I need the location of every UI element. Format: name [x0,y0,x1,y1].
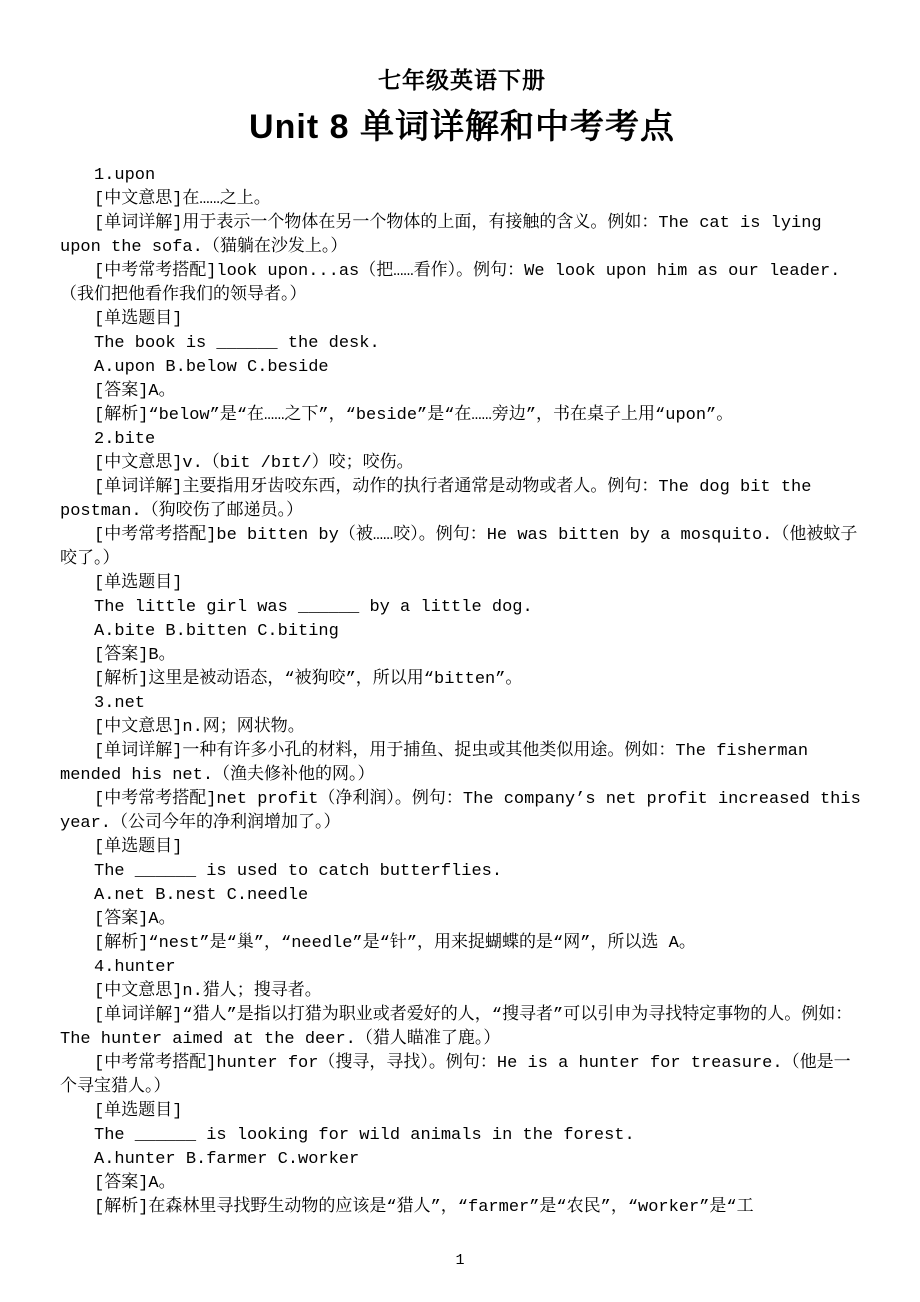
entry-detail: [单词详解]“猎人”是指以打猎为职业或者爱好的人，“搜寻者”可以引申为寻找特定事… [60,1004,864,1052]
entry-meaning: [中文意思]n.猎人；搜寻者。 [60,980,864,1004]
entry-analysis: [解析]“below”是“在……之下”，“beside”是“在……旁边”，书在桌… [60,404,864,428]
entry-detail: [单词详解]用于表示一个物体在另一个物体的上面，有接触的含义。例如：The ca… [60,212,864,260]
entry-answer: [答案]A。 [60,1172,864,1196]
entry-word: 4.hunter [60,956,864,980]
entry-word: 1.upon [60,164,864,188]
document-subtitle: 七年级英语下册 [60,66,864,94]
entry-question: The book is ______ the desk. [60,332,864,356]
entry-question: The ______ is looking for wild animals i… [60,1124,864,1148]
entry-word: 3.net [60,692,864,716]
entry-options: A.net B.nest C.needle [60,884,864,908]
entry-options: A.hunter B.farmer C.worker [60,1148,864,1172]
document-body: 1.upon[中文意思]在……之上。[单词详解]用于表示一个物体在另一个物体的上… [60,164,864,1220]
document-page: 七年级英语下册 Unit 8 单词详解和中考考点 1.upon[中文意思]在……… [0,0,920,1302]
entry-options: A.upon B.below C.beside [60,356,864,380]
entry-word: 2.bite [60,428,864,452]
entry-meaning: [中文意思]v.（bit /bɪt/）咬；咬伤。 [60,452,864,476]
entry-collocation: [中考常考搭配]be bitten by（被……咬）。例句：He was bit… [60,524,864,572]
page-number: 1 [455,1252,464,1269]
page-footer: 1 [0,1252,920,1270]
entry-question: The little girl was ______ by a little d… [60,596,864,620]
entry-collocation: [中考常考搭配]net profit（净利润）。例句：The company’s… [60,788,864,836]
entry-answer: [答案]B。 [60,644,864,668]
entry-collocation: [中考常考搭配]look upon...as（把……看作）。例句：We look… [60,260,864,308]
entry-question-label: [单选题目] [60,308,864,332]
entry-meaning: [中文意思]在……之上。 [60,188,864,212]
document-title: Unit 8 单词详解和中考考点 [60,106,864,148]
entry-meaning: [中文意思]n.网；网状物。 [60,716,864,740]
entry-analysis: [解析]这里是被动语态，“被狗咬”，所以用“bitten”。 [60,668,864,692]
entry-question-label: [单选题目] [60,572,864,596]
entry-analysis: [解析]“nest”是“巢”，“needle”是“针”，用来捉蝴蝶的是“网”，所… [60,932,864,956]
entry-answer: [答案]A。 [60,908,864,932]
entry-detail: [单词详解]一种有许多小孔的材料，用于捕鱼、捉虫或其他类似用途。例如：The f… [60,740,864,788]
entry-options: A.bite B.bitten C.biting [60,620,864,644]
entry-answer: [答案]A。 [60,380,864,404]
entry-question-label: [单选题目] [60,1100,864,1124]
entry-collocation: [中考常考搭配]hunter for（搜寻，寻找）。例句：He is a hun… [60,1052,864,1100]
entry-analysis: [解析]在森林里寻找野生动物的应该是“猎人”，“farmer”是“农民”，“wo… [60,1196,864,1220]
entry-question: The ______ is used to catch butterflies. [60,860,864,884]
entry-question-label: [单选题目] [60,836,864,860]
entry-detail: [单词详解]主要指用牙齿咬东西，动作的执行者通常是动物或者人。例句：The do… [60,476,864,524]
